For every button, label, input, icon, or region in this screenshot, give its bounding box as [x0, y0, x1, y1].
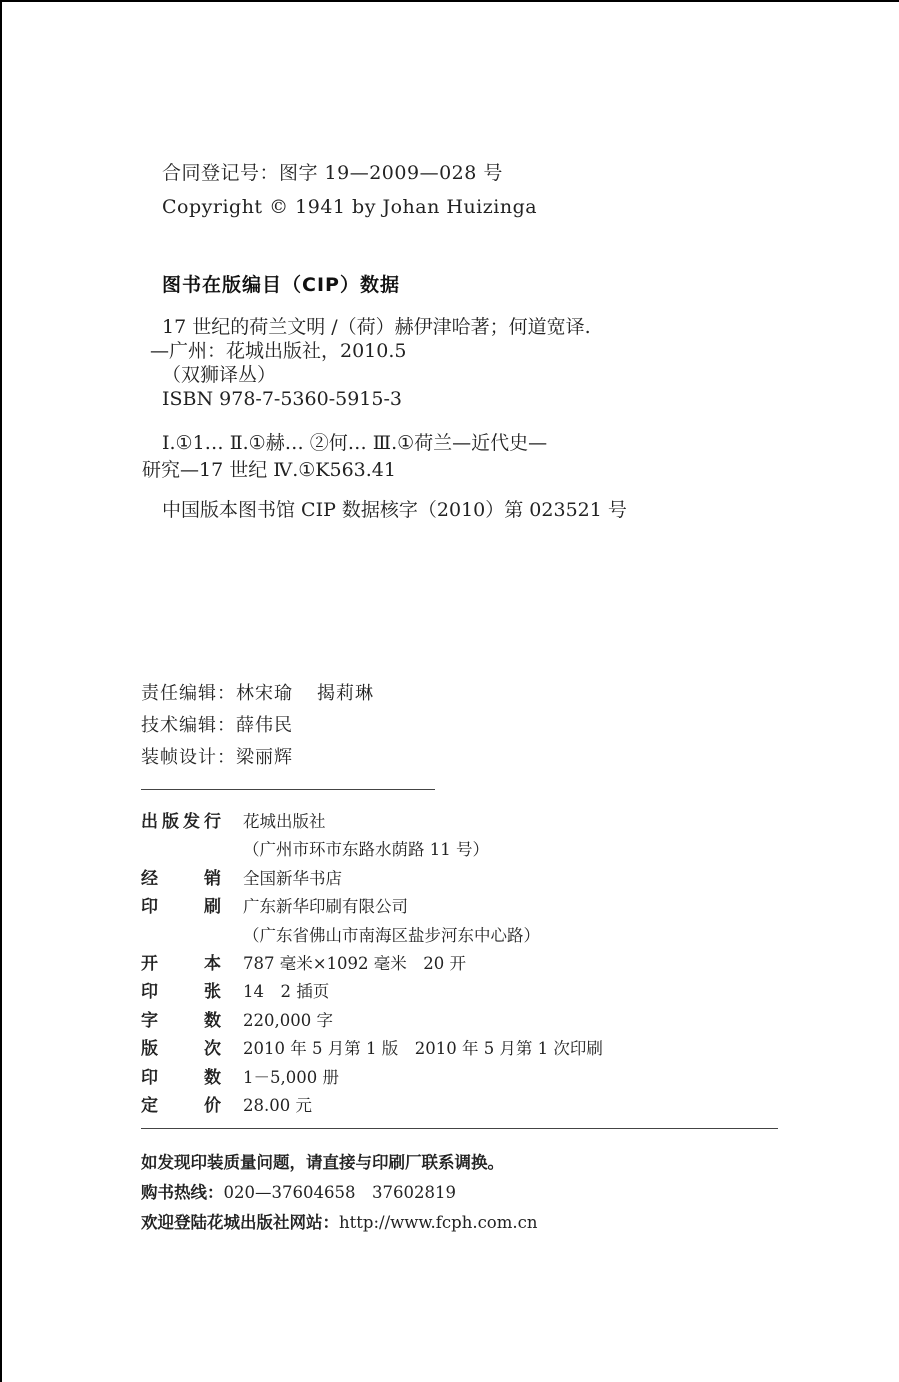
- page-border-top: [0, 0, 899, 2]
- pubinfo-value: 全国新华书店: [243, 865, 342, 893]
- pubinfo-value: 广东新华印刷有限公司: [243, 893, 408, 921]
- staff-credits: 责任编辑：林宋瑜揭莉琳 技术编辑：薛伟民 装帧设计：梁丽辉: [141, 678, 374, 774]
- cip-classification-line: Ⅰ.①1… Ⅱ.①赫… ②何… Ⅲ.①荷兰—近代史—: [162, 430, 547, 457]
- hotline-value: 020—37604658 37602819: [224, 1183, 456, 1202]
- pubinfo-label: 印数: [141, 1064, 221, 1092]
- website-url: http://www.fcph.com.cn: [339, 1213, 538, 1232]
- pubinfo-value: （广州市环市东路水荫路 11 号）: [243, 836, 489, 864]
- cip-title: 图书在版编目（CIP）数据: [162, 270, 400, 297]
- pubinfo-label: 经销: [141, 865, 221, 893]
- staff-label: 装帧设计：: [141, 747, 236, 768]
- hotline-label: 购书热线：: [141, 1183, 224, 1202]
- pubinfo-value: 14 2 插页: [243, 978, 329, 1006]
- staff-row-responsible-editor: 责任编辑：林宋瑜揭莉琳: [141, 678, 374, 710]
- cip-record-line: （双狮译丛）: [162, 363, 591, 387]
- cip-classification: Ⅰ.①1… Ⅱ.①赫… ②何… Ⅲ.①荷兰—近代史— 研究—17 世纪 Ⅳ.①K…: [162, 430, 547, 484]
- pubinfo-value: 2010 年 5 月第 1 版 2010 年 5 月第 1 次印刷: [243, 1035, 603, 1063]
- pubinfo-value: 花城出版社: [243, 808, 326, 836]
- pubinfo-value: 787 毫米×1092 毫米 20 开: [243, 950, 466, 978]
- pubinfo-label: 字数: [141, 1007, 221, 1035]
- pubinfo-label: 开本: [141, 950, 221, 978]
- staff-label: 技术编辑：: [141, 715, 236, 736]
- staff-value: 薛伟民: [236, 715, 293, 736]
- pubinfo-value: （广东省佛山市南海区盐步河东中心路）: [243, 922, 540, 950]
- divider-line: [141, 789, 435, 790]
- pubinfo-label: 印张: [141, 978, 221, 1006]
- cip-isbn: ISBN 978-7-5360-5915-3: [162, 387, 591, 411]
- pubinfo-label: 版次: [141, 1035, 221, 1063]
- pubinfo-value: 1－5,000 册: [243, 1064, 339, 1092]
- quality-notice: 如发现印装质量问题，请直接与印刷厂联系调换。: [141, 1148, 538, 1178]
- staff-row-cover-design: 装帧设计：梁丽辉: [141, 742, 374, 774]
- footer-notices: 如发现印装质量问题，请直接与印刷厂联系调换。 购书热线：020—37604658…: [141, 1148, 538, 1238]
- cip-record-line: —广州：花城出版社，2010.5: [150, 339, 591, 363]
- cip-record-line: 17 世纪的荷兰文明 /（荷）赫伊津哈著；何道宽译.: [162, 315, 591, 339]
- pubinfo-value: 220,000 字: [243, 1007, 333, 1035]
- staff-value: 揭莉琳: [317, 683, 374, 704]
- website-label: 欢迎登陆花城出版社网站：: [141, 1213, 339, 1232]
- pubinfo-value: 28.00 元: [243, 1092, 312, 1120]
- website: 欢迎登陆花城出版社网站：http://www.fcph.com.cn: [141, 1208, 538, 1238]
- divider-line: [141, 1128, 778, 1129]
- pubinfo-label: 印刷: [141, 893, 221, 921]
- page-border-left: [0, 0, 2, 1382]
- hotline: 购书热线：020—37604658 37602819: [141, 1178, 538, 1208]
- cip-approval-number: 中国版本图书馆 CIP 数据核字（2010）第 023521 号: [162, 495, 627, 522]
- copyright-block: 合同登记号：图字 19—2009—028 号 Copyright © 1941 …: [162, 156, 537, 224]
- copyright-notice: Copyright © 1941 by Johan Huizinga: [162, 190, 537, 224]
- pubinfo-label: 出版发行: [141, 808, 221, 836]
- staff-label: 责任编辑：: [141, 683, 236, 704]
- staff-row-technical-editor: 技术编辑：薛伟民: [141, 710, 374, 742]
- cip-record: 17 世纪的荷兰文明 /（荷）赫伊津哈著；何道宽译. —广州：花城出版社，201…: [162, 315, 591, 411]
- staff-value: 梁丽辉: [236, 747, 293, 768]
- contract-registration: 合同登记号：图字 19—2009—028 号: [162, 156, 537, 190]
- pubinfo-label: 定价: [141, 1092, 221, 1120]
- staff-value: 林宋瑜: [236, 683, 293, 704]
- cip-classification-line: 研究—17 世纪 Ⅳ.①K563.41: [142, 457, 547, 484]
